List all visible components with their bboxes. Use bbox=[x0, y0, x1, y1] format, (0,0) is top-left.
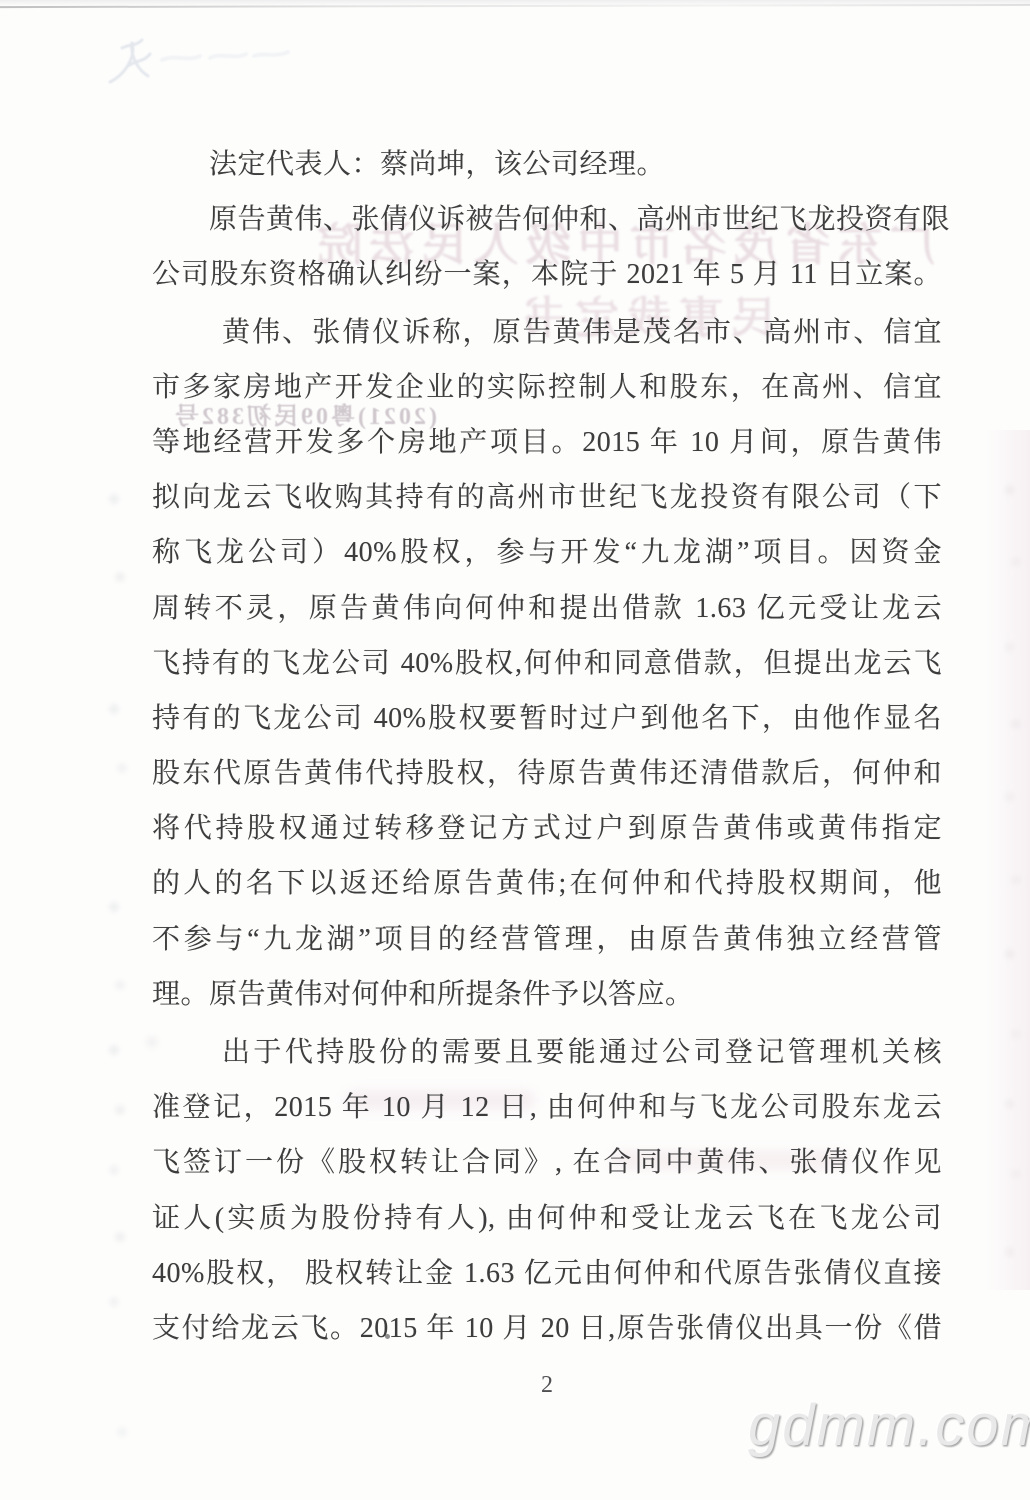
document-line: 原告黄伟、张倩仪诉被告何仲和、高州市世纪飞龙投资有限 bbox=[152, 192, 942, 247]
document-line: 称飞龙公司）40%股权，参与开发“九龙湖”项目。因资金 bbox=[152, 525, 942, 580]
scan-right-strip bbox=[986, 430, 1030, 1290]
document-body: 法定代表人：蔡尚坤，该公司经理。 原告黄伟、张倩仪诉被告何仲和、高州市世纪飞龙投… bbox=[152, 137, 942, 1356]
document-line: 股东代原告黄伟代持股权，待原告黄伟还清借款后，何仲和 bbox=[152, 746, 942, 801]
document-line: 等地经营开发多个房地产项目。2015 年 10 月间，原告黄伟 bbox=[152, 415, 942, 470]
page-number: 2 bbox=[152, 1372, 942, 1399]
document-line: 理。原告黄伟对何仲和所提条件予以答应。 bbox=[152, 967, 942, 1022]
document-line: 市多家房地产开发企业的实际控制人和股东，在高州、信宜 bbox=[152, 360, 942, 415]
document-line: 持有的飞龙公司 40%股权要暂时过户到他名下，由他作显名 bbox=[152, 691, 942, 746]
document-line: 周转不灵，原告黄伟向何仲和提出借款 1.63 亿元受让龙云 bbox=[152, 581, 942, 636]
document-line: 公司股东资格确认纠纷一案，本院于 2021 年 5 月 11 日立案。 bbox=[152, 247, 942, 302]
document-line: 证人(实质为股份持有人), 由何仲和受让龙云飞在飞龙公司 bbox=[152, 1191, 942, 1246]
site-watermark: gdmm.com bbox=[748, 1392, 1030, 1459]
document-line: 出于代持股份的需要且要能通过公司登记管理机关核 bbox=[152, 1025, 942, 1080]
document-line: 将代持股权通过转移登记方式过户到原告黄伟或黄伟指定 bbox=[152, 801, 942, 856]
document-line: 飞签订一份《股权转让合同》, 在合同中黄伟、张倩仪作见 bbox=[152, 1135, 942, 1190]
scanned-document-page: 广东省茂名市中级人民法院 民事裁定书 (2021)粤09民初382号 法定代表人… bbox=[0, 0, 1030, 1500]
ink-smudge-mark bbox=[92, 26, 312, 96]
document-line: 拟向龙云飞收购其持有的高州市世纪飞龙投资有限公司（下 bbox=[152, 470, 942, 525]
document-line: 黄伟、张倩仪诉称，原告黄伟是茂名市、高州市、信宜 bbox=[152, 305, 942, 360]
document-line: 准登记，2015 年 10 月 12 日, 由何仲和与飞龙公司股东龙云 bbox=[152, 1080, 942, 1135]
document-line: 40%股权， 股权转让金 1.63 亿元由何仲和代原告张倩仪直接 bbox=[152, 1246, 942, 1301]
document-line: 不参与“九龙湖”项目的经营管理，由原告黄伟独立经营管 bbox=[152, 912, 942, 967]
document-line: 飞持有的飞龙公司 40%股权,何仲和同意借款，但提出龙云飞 bbox=[152, 636, 942, 691]
document-line: 法定代表人：蔡尚坤，该公司经理。 bbox=[152, 137, 942, 192]
document-line: 支付给龙云飞。2015 年 10 月 20 日,原告张倩仪出具一份《借 bbox=[152, 1301, 942, 1356]
bleedthrough-edge-fragments bbox=[0, 0, 4, 4]
document-line: 的人的名下以返还给原告黄伟;在何仲和代持股权期间，他 bbox=[152, 856, 942, 911]
